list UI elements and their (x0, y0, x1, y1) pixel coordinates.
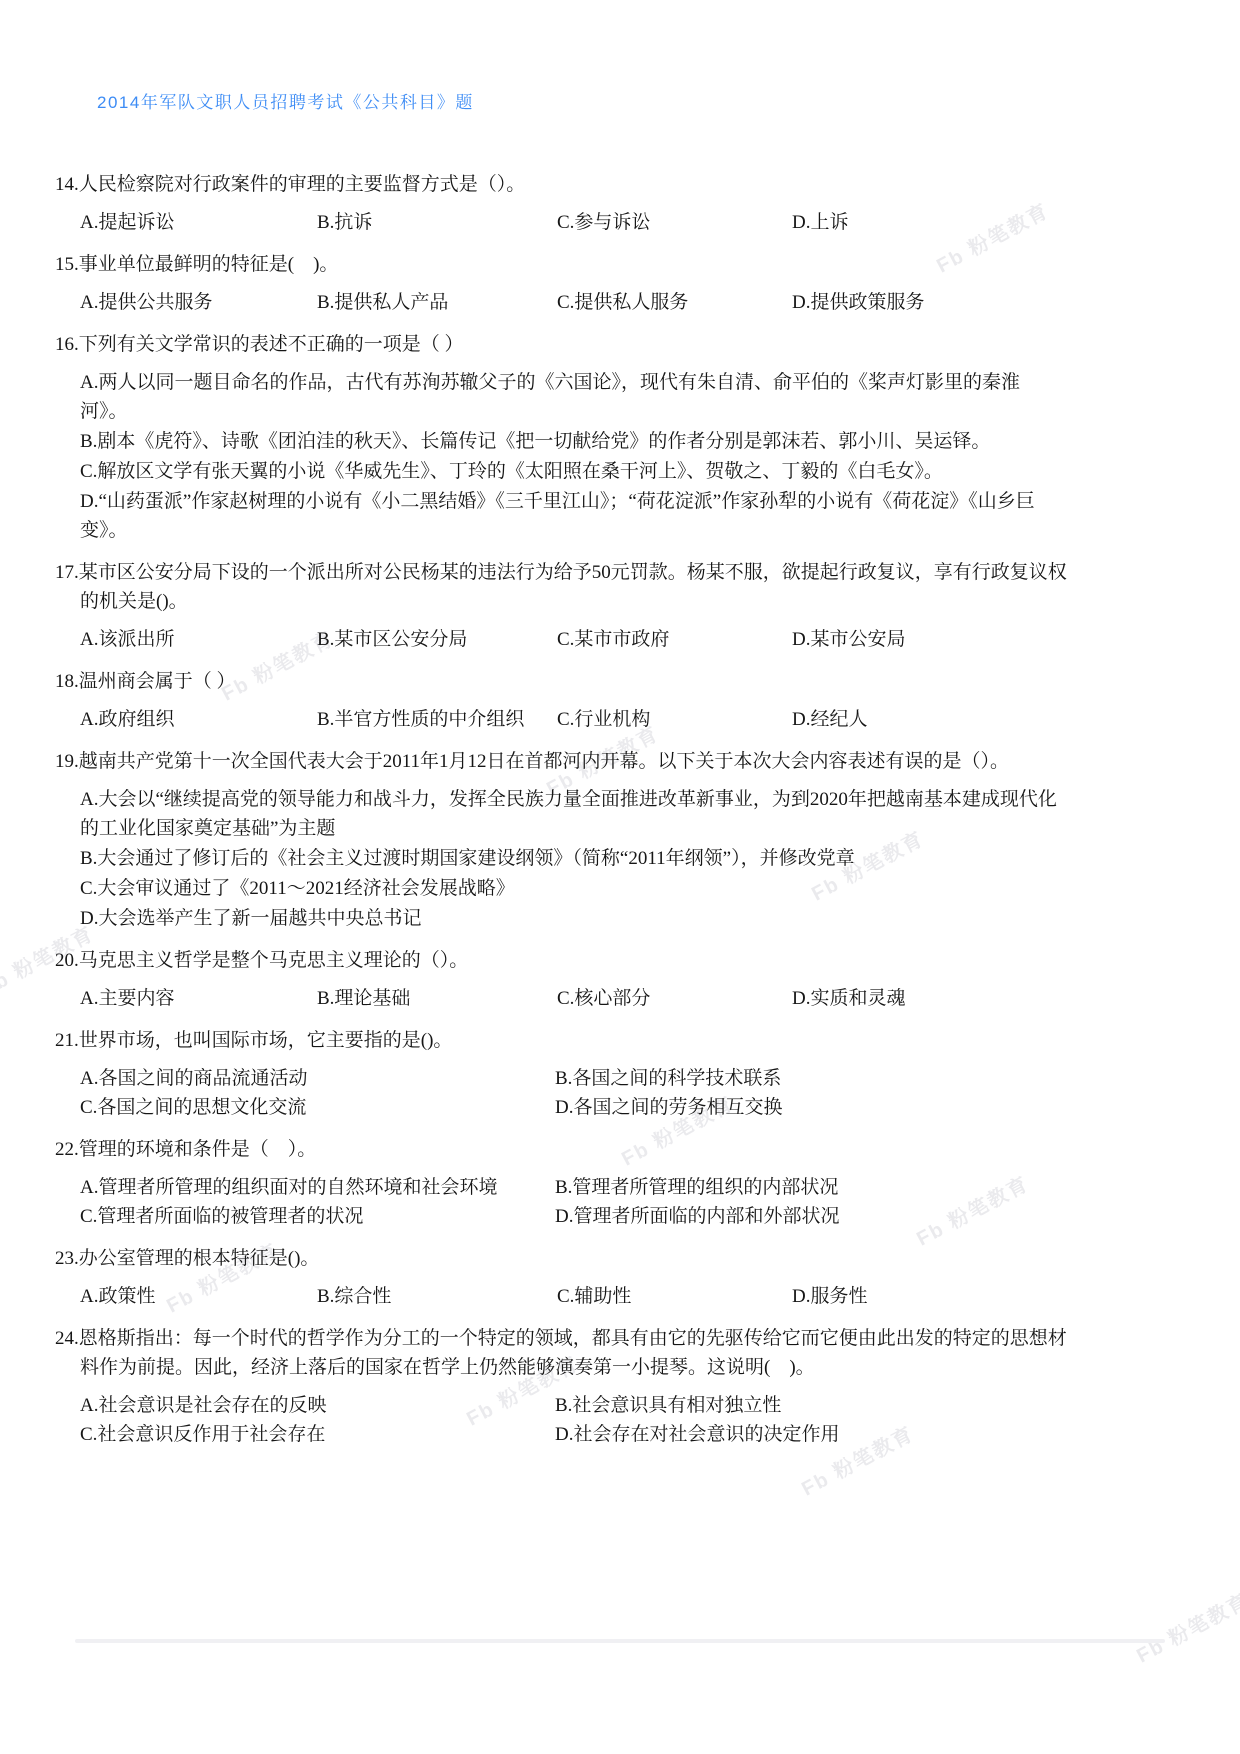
option-A: A.该派出所 (80, 625, 317, 654)
option-C: C.各国之间的思想文化交流 (80, 1093, 555, 1122)
question-options: A.该派出所B.某市区公安分局C.某市市政府D.某市公安局 (80, 625, 1067, 654)
option-D: D.各国之间的劳务相互交换 (555, 1093, 1067, 1122)
option-B: B.剧本《虎符》、诗歌《团泊洼的秋天》、长篇传记《把一切献给党》的作者分别是郭沫… (80, 427, 1067, 456)
question-body: 人民检察院对行政案件的审理的主要监督方式是（）。 (79, 174, 526, 195)
question-options: A.提起诉讼B.抗诉C.参与诉讼D.上诉 (80, 208, 1067, 237)
question-number: 21. (55, 1030, 79, 1051)
watermark: Fb 粉笔教育 (1130, 1585, 1240, 1669)
question-body: 马克思主义哲学是整个马克思主义理论的（）。 (79, 950, 469, 971)
question-body: 管理的环境和条件是（ ）。 (79, 1139, 317, 1160)
option-C: C.行业机构 (557, 705, 792, 734)
question-options: A.大会以“继续提高党的领导能力和战斗力，发挥全民族力量全面推进改革新事业，为到… (80, 785, 1067, 933)
option-C: C.提供私人服务 (557, 288, 792, 317)
option-B: B.提供私人产品 (317, 288, 557, 317)
question-body: 下列有关文学常识的表述不正确的一项是（ ） (79, 334, 464, 355)
option-D: D.社会存在对社会意识的决定作用 (555, 1420, 1067, 1449)
question-text: 19.越南共产党第十一次全国代表大会于2011年1月12日在首都河内开幕。以下关… (55, 747, 1067, 776)
question-block: 23.办公室管理的根本特征是()。 A.政策性B.综合性C.辅助性D.服务性 (55, 1244, 1067, 1311)
option-C: C.核心部分 (557, 984, 792, 1013)
question-options: A.两人以同一题目命名的作品，古代有苏洵苏辙父子的《六国论》，现代有朱自清、俞平… (80, 368, 1067, 545)
option-D: D.实质和灵魂 (792, 984, 1067, 1013)
question-block: 18.温州商会属于（ ） A.政府组织B.半官方性质的中介组织C.行业机构D.经… (55, 667, 1067, 734)
option-B: B.大会通过了修订后的《社会主义过渡时期国家建设纲领》（简称“2011年纲领”）… (80, 844, 1067, 873)
question-options: A.管理者所管理的组织面对的自然环境和社会环境B.管理者所管理的组织的内部状况C… (80, 1173, 1067, 1231)
question-options: A.主要内容B.理论基础C.核心部分D.实质和灵魂 (80, 984, 1067, 1013)
question-block: 20.马克思主义哲学是整个马克思主义理论的（）。 A.主要内容B.理论基础C.核… (55, 946, 1067, 1013)
option-A: A.主要内容 (80, 984, 317, 1013)
question-number: 24. (55, 1328, 79, 1349)
question-text: 23.办公室管理的根本特征是()。 (55, 1244, 1067, 1273)
question-options: A.社会意识是社会存在的反映B.社会意识具有相对独立性C.社会意识反作用于社会存… (80, 1391, 1067, 1449)
option-A: A.政策性 (80, 1282, 317, 1311)
question-options: A.提供公共服务B.提供私人产品C.提供私人服务D.提供政策服务 (80, 288, 1067, 317)
question-number: 19. (55, 751, 79, 772)
option-A: A.各国之间的商品流通活动 (80, 1064, 555, 1093)
question-text: 18.温州商会属于（ ） (55, 667, 1067, 696)
question-text: 21.世界市场，也叫国际市场，它主要指的是()。 (55, 1026, 1067, 1055)
option-C: C.管理者所面临的被管理者的状况 (80, 1202, 555, 1231)
page-title: 2014年军队文职人员招聘考试《公共科目》题 (97, 88, 474, 113)
question-text: 17.某市区公安分局下设的一个派出所对公民杨某的违法行为给予50元罚款。杨某不服… (55, 558, 1067, 616)
option-D: D.管理者所面临的内部和外部状况 (555, 1202, 1067, 1231)
question-number: 20. (55, 950, 79, 971)
option-B: B.管理者所管理的组织的内部状况 (555, 1173, 1067, 1202)
question-block: 15.事业单位最鲜明的特征是( )。 A.提供公共服务B.提供私人产品C.提供私… (55, 250, 1067, 317)
option-B: B.综合性 (317, 1282, 557, 1311)
question-number: 17. (55, 562, 79, 583)
question-body: 越南共产党第十一次全国代表大会于2011年1月12日在首都河内开幕。以下关于本次… (79, 751, 1009, 772)
option-C: C.某市市政府 (557, 625, 792, 654)
question-block: 17.某市区公安分局下设的一个派出所对公民杨某的违法行为给予50元罚款。杨某不服… (55, 558, 1067, 654)
option-B: B.某市区公安分局 (317, 625, 557, 654)
option-D: D.服务性 (792, 1282, 1067, 1311)
question-block: 22.管理的环境和条件是（ ）。 A.管理者所管理的组织面对的自然环境和社会环境… (55, 1135, 1067, 1231)
option-B: B.理论基础 (317, 984, 557, 1013)
question-number: 14. (55, 174, 79, 195)
question-options: A.政策性B.综合性C.辅助性D.服务性 (80, 1282, 1067, 1311)
question-options: A.各国之间的商品流通活动B.各国之间的科学技术联系C.各国之间的思想文化交流D… (80, 1064, 1067, 1122)
question-body: 某市区公安分局下设的一个派出所对公民杨某的违法行为给予50元罚款。杨某不服，欲提… (79, 562, 1067, 612)
option-A: A.管理者所管理的组织面对的自然环境和社会环境 (80, 1173, 555, 1202)
option-A: A.政府组织 (80, 705, 317, 734)
question-body: 世界市场，也叫国际市场，它主要指的是()。 (79, 1030, 453, 1051)
option-B: B.社会意识具有相对独立性 (555, 1391, 1067, 1420)
option-C: C.辅助性 (557, 1282, 792, 1311)
questions-list: 14.人民检察院对行政案件的审理的主要监督方式是（）。 A.提起诉讼B.抗诉C.… (55, 170, 1067, 1462)
question-text: 20.马克思主义哲学是整个马克思主义理论的（）。 (55, 946, 1067, 975)
question-body: 办公室管理的根本特征是()。 (79, 1248, 320, 1269)
bottom-divider (75, 1639, 1165, 1643)
option-A: A.提起诉讼 (80, 208, 317, 237)
option-D: D.“山药蛋派”作家赵树理的小说有《小二黑结婚》《三千里江山》；“荷花淀派”作家… (80, 487, 1067, 545)
option-D: D.某市公安局 (792, 625, 1067, 654)
option-A: A.大会以“继续提高党的领导能力和战斗力，发挥全民族力量全面推进改革新事业，为到… (80, 785, 1067, 843)
question-body: 恩格斯指出：每一个时代的哲学作为分工的一个特定的领域，都具有由它的先驱传给它而它… (79, 1328, 1067, 1378)
option-C: C.大会审议通过了《2011～2021经济社会发展战略》 (80, 874, 1067, 903)
question-options: A.政府组织B.半官方性质的中介组织C.行业机构D.经纪人 (80, 705, 1067, 734)
option-A: A.两人以同一题目命名的作品，古代有苏洵苏辙父子的《六国论》，现代有朱自清、俞平… (80, 368, 1067, 426)
option-D: D.经纪人 (792, 705, 1067, 734)
question-block: 19.越南共产党第十一次全国代表大会于2011年1月12日在首都河内开幕。以下关… (55, 747, 1067, 933)
question-block: 24.恩格斯指出：每一个时代的哲学作为分工的一个特定的领域，都具有由它的先驱传给… (55, 1324, 1067, 1449)
option-A: A.提供公共服务 (80, 288, 317, 317)
question-text: 14.人民检察院对行政案件的审理的主要监督方式是（）。 (55, 170, 1067, 199)
option-D: D.大会选举产生了新一届越共中央总书记 (80, 904, 1067, 933)
question-body: 事业单位最鲜明的特征是( )。 (79, 254, 339, 275)
question-number: 23. (55, 1248, 79, 1269)
question-text: 16.下列有关文学常识的表述不正确的一项是（ ） (55, 330, 1067, 359)
question-block: 21.世界市场，也叫国际市场，它主要指的是()。 A.各国之间的商品流通活动B.… (55, 1026, 1067, 1122)
question-text: 15.事业单位最鲜明的特征是( )。 (55, 250, 1067, 279)
option-B: B.抗诉 (317, 208, 557, 237)
option-C: C.解放区文学有张天翼的小说《华威先生》、丁玲的《太阳照在桑干河上》、贺敬之、丁… (80, 457, 1067, 486)
question-block: 14.人民检察院对行政案件的审理的主要监督方式是（）。 A.提起诉讼B.抗诉C.… (55, 170, 1067, 237)
option-C: C.参与诉讼 (557, 208, 792, 237)
question-number: 18. (55, 671, 79, 692)
question-number: 22. (55, 1139, 79, 1160)
question-body: 温州商会属于（ ） (79, 671, 236, 692)
question-text: 24.恩格斯指出：每一个时代的哲学作为分工的一个特定的领域，都具有由它的先驱传给… (55, 1324, 1067, 1382)
question-text: 22.管理的环境和条件是（ ）。 (55, 1135, 1067, 1164)
option-B: B.各国之间的科学技术联系 (555, 1064, 1067, 1093)
question-block: 16.下列有关文学常识的表述不正确的一项是（ ） A.两人以同一题目命名的作品，… (55, 330, 1067, 545)
option-B: B.半官方性质的中介组织 (317, 705, 557, 734)
option-D: D.上诉 (792, 208, 1067, 237)
option-C: C.社会意识反作用于社会存在 (80, 1420, 555, 1449)
question-number: 16. (55, 334, 79, 355)
option-D: D.提供政策服务 (792, 288, 1067, 317)
option-A: A.社会意识是社会存在的反映 (80, 1391, 555, 1420)
question-number: 15. (55, 254, 79, 275)
